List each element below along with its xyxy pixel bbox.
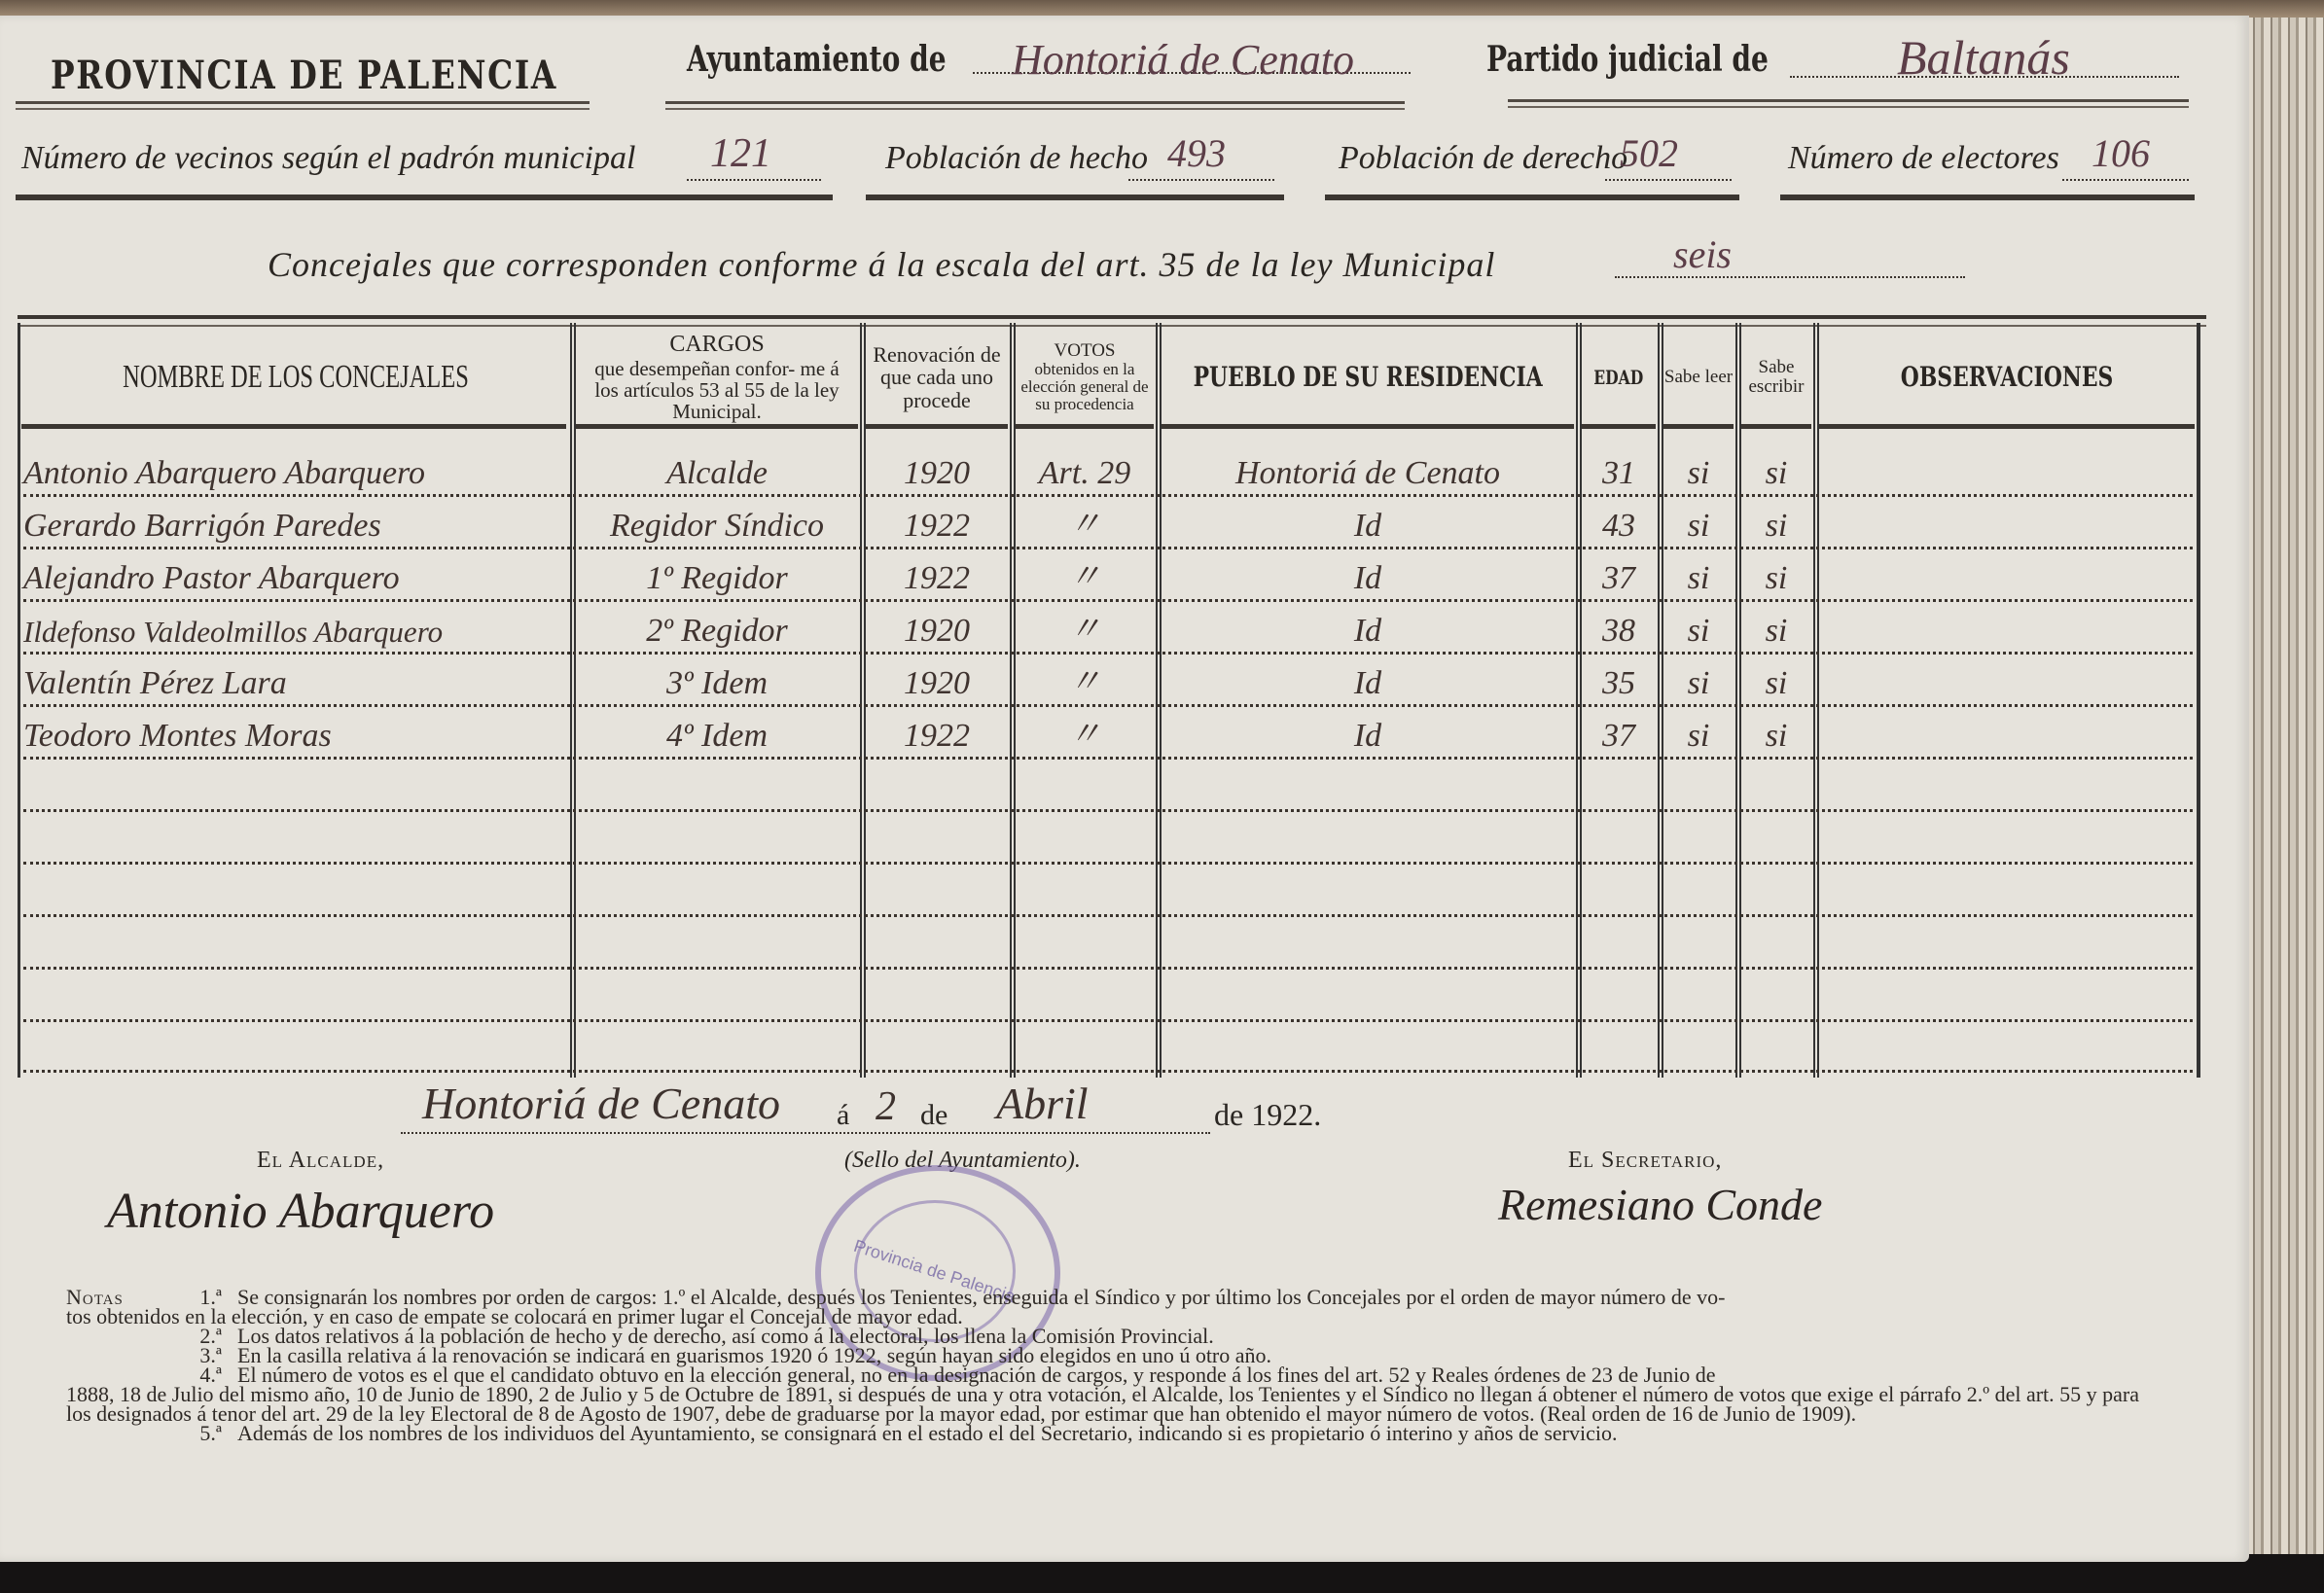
- ayuntamiento-value: Hontoriá de Cenato: [1012, 35, 1354, 85]
- concejales-label: Concejales que corresponden conforme á l…: [268, 244, 1495, 285]
- col-border: [1576, 323, 1578, 1078]
- header-nombre: NOMBRE DE LOS CONCEJALES: [23, 327, 568, 428]
- cell-nombre: Ildefonso Valdeolmillos Abarquero: [23, 605, 568, 650]
- divider: [665, 101, 1405, 110]
- cell-escribir: si: [1741, 447, 1811, 492]
- cell-edad: 43: [1582, 500, 1656, 545]
- divider: [16, 101, 590, 110]
- vecinos-label: Número de vecinos según el padrón munici…: [21, 140, 635, 177]
- divider: [866, 195, 1284, 200]
- cell-nombre: Teodoro Montes Moras: [23, 710, 568, 755]
- cell-nombre: Gerardo Barrigón Paredes: [23, 500, 568, 545]
- cell-leer: si: [1663, 552, 1734, 597]
- col-border: [1010, 323, 1012, 1078]
- row-rule: [23, 599, 2193, 602]
- cell-votos: 〃: [1016, 710, 1154, 755]
- derecho-label: Población de derecho: [1339, 140, 1627, 177]
- cell-votos: Art. 29: [1016, 447, 1154, 492]
- derecho-value: 502: [1620, 130, 1678, 176]
- cell-pueblo: Id: [1162, 605, 1574, 650]
- cell-leer: si: [1663, 657, 1734, 702]
- dotline: [1128, 179, 1274, 181]
- cell-escribir: si: [1741, 710, 1811, 755]
- cell-cargo: 4º Idem: [576, 710, 858, 755]
- row-rule: [23, 494, 2193, 497]
- header-observaciones: OBSERVACIONES: [1819, 327, 2195, 428]
- header-cargos: CARGOS que desempeñan confor- me á los a…: [576, 327, 858, 428]
- cell-renovacion: 1920: [866, 447, 1008, 492]
- province-title: PROVINCIA DE PALENCIA: [51, 53, 557, 98]
- col-border: [570, 323, 572, 1078]
- electores-label: Número de electores: [1788, 140, 2059, 177]
- header-leer-text: Sabe leer: [1664, 368, 1733, 387]
- note-text: Además de los nombres de los individuos …: [237, 1424, 2167, 1443]
- header-rule: [1582, 424, 1656, 429]
- cell-cargo: Alcalde: [576, 447, 858, 492]
- dotline: [687, 179, 821, 181]
- header-cargos-title: CARGOS: [669, 333, 764, 357]
- electores-value: 106: [2092, 130, 2150, 176]
- cell-leer: si: [1663, 447, 1734, 492]
- row-rule: [23, 757, 2193, 760]
- cell-escribir: si: [1741, 657, 1811, 702]
- document-page: PROVINCIA DE PALENCIA Ayuntamiento de Ho…: [0, 16, 2249, 1562]
- row-rule: [23, 1070, 2193, 1073]
- cell-nombre: Alejandro Pastor Abarquero: [23, 552, 568, 597]
- dotline: [2062, 179, 2189, 181]
- header-rule: [21, 424, 566, 429]
- col-border: [860, 323, 862, 1078]
- header-edad: EDAD: [1582, 327, 1656, 428]
- cell-edad: 37: [1582, 710, 1656, 755]
- cell-escribir: si: [1741, 552, 1811, 597]
- cell-renovacion: 1920: [866, 657, 1008, 702]
- cell-pueblo: Id: [1162, 552, 1574, 597]
- row-rule: [23, 1019, 2193, 1022]
- cell-votos: 〃: [1016, 552, 1154, 597]
- row-rule: [23, 652, 2193, 655]
- row-rule: [23, 967, 2193, 970]
- header-rule: [576, 424, 858, 429]
- cell-cargo: 1º Regidor: [576, 552, 858, 597]
- cell-leer: si: [1663, 710, 1734, 755]
- row-rule: [23, 547, 2193, 549]
- header-rule: [1016, 424, 1154, 429]
- header-observaciones-text: OBSERVACIONES: [1901, 363, 2113, 391]
- cell-cargo: Regidor Síndico: [576, 500, 858, 545]
- header-nombre-text: NOMBRE DE LOS CONCEJALES: [123, 360, 469, 395]
- note-item: 5.ª Además de los nombres de los individ…: [66, 1424, 2167, 1443]
- cell-nombre: Valentín Pérez Lara: [23, 657, 568, 702]
- row-rule: [23, 862, 2193, 865]
- header-rule: [1663, 424, 1734, 429]
- cell-pueblo: Id: [1162, 657, 1574, 702]
- row-rule: [23, 914, 2193, 917]
- note-number: 5.ª: [66, 1424, 237, 1443]
- cell-renovacion: 1920: [866, 605, 1008, 650]
- secretario-signature: Remesiano Conde: [1498, 1179, 1822, 1230]
- cell-nombre: Antonio Abarquero Abarquero: [23, 447, 568, 492]
- notes-section: Notas 1.ª Se consignarán los nombres por…: [66, 1288, 2167, 1443]
- header-rule: [1162, 424, 1574, 429]
- header-edad-text: EDAD: [1593, 368, 1643, 388]
- alcalde-signature: Antonio Abarquero: [107, 1183, 494, 1240]
- header-votos-title: VOTOS: [1055, 341, 1116, 361]
- cell-votos: 〃: [1016, 605, 1154, 650]
- date-dotline: [401, 1132, 1210, 1134]
- date-year: de 1922.: [1214, 1097, 1321, 1133]
- cell-renovacion: 1922: [866, 552, 1008, 597]
- header-escribir: Sabe escribir: [1741, 327, 1811, 428]
- concejales-value: seis: [1673, 231, 1732, 277]
- cell-cargo: 2º Regidor: [576, 605, 858, 650]
- col-border: [1813, 323, 1815, 1078]
- partido-label: Partido judicial de: [1486, 39, 1769, 80]
- header-rule: [1819, 424, 2195, 429]
- header-pueblo: PUEBLO DE SU RESIDENCIA: [1162, 327, 1574, 428]
- header-votos-sub: obtenidos en la elección general de su p…: [1016, 361, 1154, 413]
- header-renovacion: Renovación de que cada uno procede: [866, 327, 1008, 428]
- note-text-continued: 1888, 18 de Julio del mismo año, 10 de J…: [66, 1385, 2167, 1424]
- header-rule: [866, 424, 1008, 429]
- cell-votos: 〃: [1016, 657, 1154, 702]
- col-border: [1156, 323, 1158, 1078]
- row-rule: [23, 704, 2193, 707]
- header-leer: Sabe leer: [1663, 327, 1734, 428]
- cell-edad: 38: [1582, 605, 1656, 650]
- secretario-label: El Secretario,: [1568, 1148, 1722, 1174]
- date-month: Abril: [996, 1078, 1089, 1129]
- header-cargos-sub: que desempeñan confor- me á los artículo…: [581, 358, 853, 422]
- cell-cargo: 3º Idem: [576, 657, 858, 702]
- dotline: [1605, 179, 1732, 181]
- book-page-stack: [2237, 18, 2324, 1583]
- date-a: á: [837, 1099, 849, 1132]
- row-rule: [23, 809, 2193, 812]
- cell-edad: 37: [1582, 552, 1656, 597]
- divider: [1780, 195, 2195, 200]
- divider: [1508, 99, 2189, 108]
- divider: [1325, 195, 1739, 200]
- ayuntamiento-label: Ayuntamiento de: [687, 39, 947, 80]
- col-border: [1735, 323, 1737, 1078]
- cell-renovacion: 1922: [866, 500, 1008, 545]
- cell-pueblo: Id: [1162, 500, 1574, 545]
- concejales-table: NOMBRE DE LOS CONCEJALES CARGOS que dese…: [18, 315, 2206, 1078]
- cell-edad: 31: [1582, 447, 1656, 492]
- col-border: [18, 323, 20, 1078]
- dotline: [1615, 276, 1965, 278]
- hecho-label: Población de hecho: [885, 140, 1148, 177]
- cell-renovacion: 1922: [866, 710, 1008, 755]
- place-value: Hontoriá de Cenato: [422, 1078, 780, 1129]
- table-top-rule: [18, 315, 2206, 327]
- header-renovacion-text: Renovación de que cada uno procede: [866, 343, 1008, 410]
- header-votos: VOTOS obtenidos en la elección general d…: [1016, 327, 1154, 428]
- notes-label: Notas: [66, 1288, 124, 1307]
- col-border: [1658, 323, 1660, 1078]
- hecho-value: 493: [1167, 130, 1226, 176]
- cell-votos: 〃: [1016, 500, 1154, 545]
- header-rule: [1741, 424, 1811, 429]
- cell-edad: 35: [1582, 657, 1656, 702]
- col-border: [2197, 323, 2200, 1078]
- divider: [16, 195, 833, 200]
- date-de: de: [920, 1099, 947, 1132]
- cell-escribir: si: [1741, 500, 1811, 545]
- header-escribir-text: Sabe escribir: [1741, 358, 1811, 397]
- cell-escribir: si: [1741, 605, 1811, 650]
- cell-pueblo: Hontoriá de Cenato: [1162, 447, 1574, 492]
- cell-leer: si: [1663, 605, 1734, 650]
- vecinos-value: 121: [710, 130, 771, 177]
- alcalde-label: El Alcalde,: [257, 1148, 384, 1174]
- partido-value: Baltanás: [1897, 29, 2070, 86]
- cell-leer: si: [1663, 500, 1734, 545]
- date-day: 2: [876, 1083, 896, 1130]
- cell-pueblo: Id: [1162, 710, 1574, 755]
- header-pueblo-text: PUEBLO DE SU RESIDENCIA: [1193, 363, 1542, 391]
